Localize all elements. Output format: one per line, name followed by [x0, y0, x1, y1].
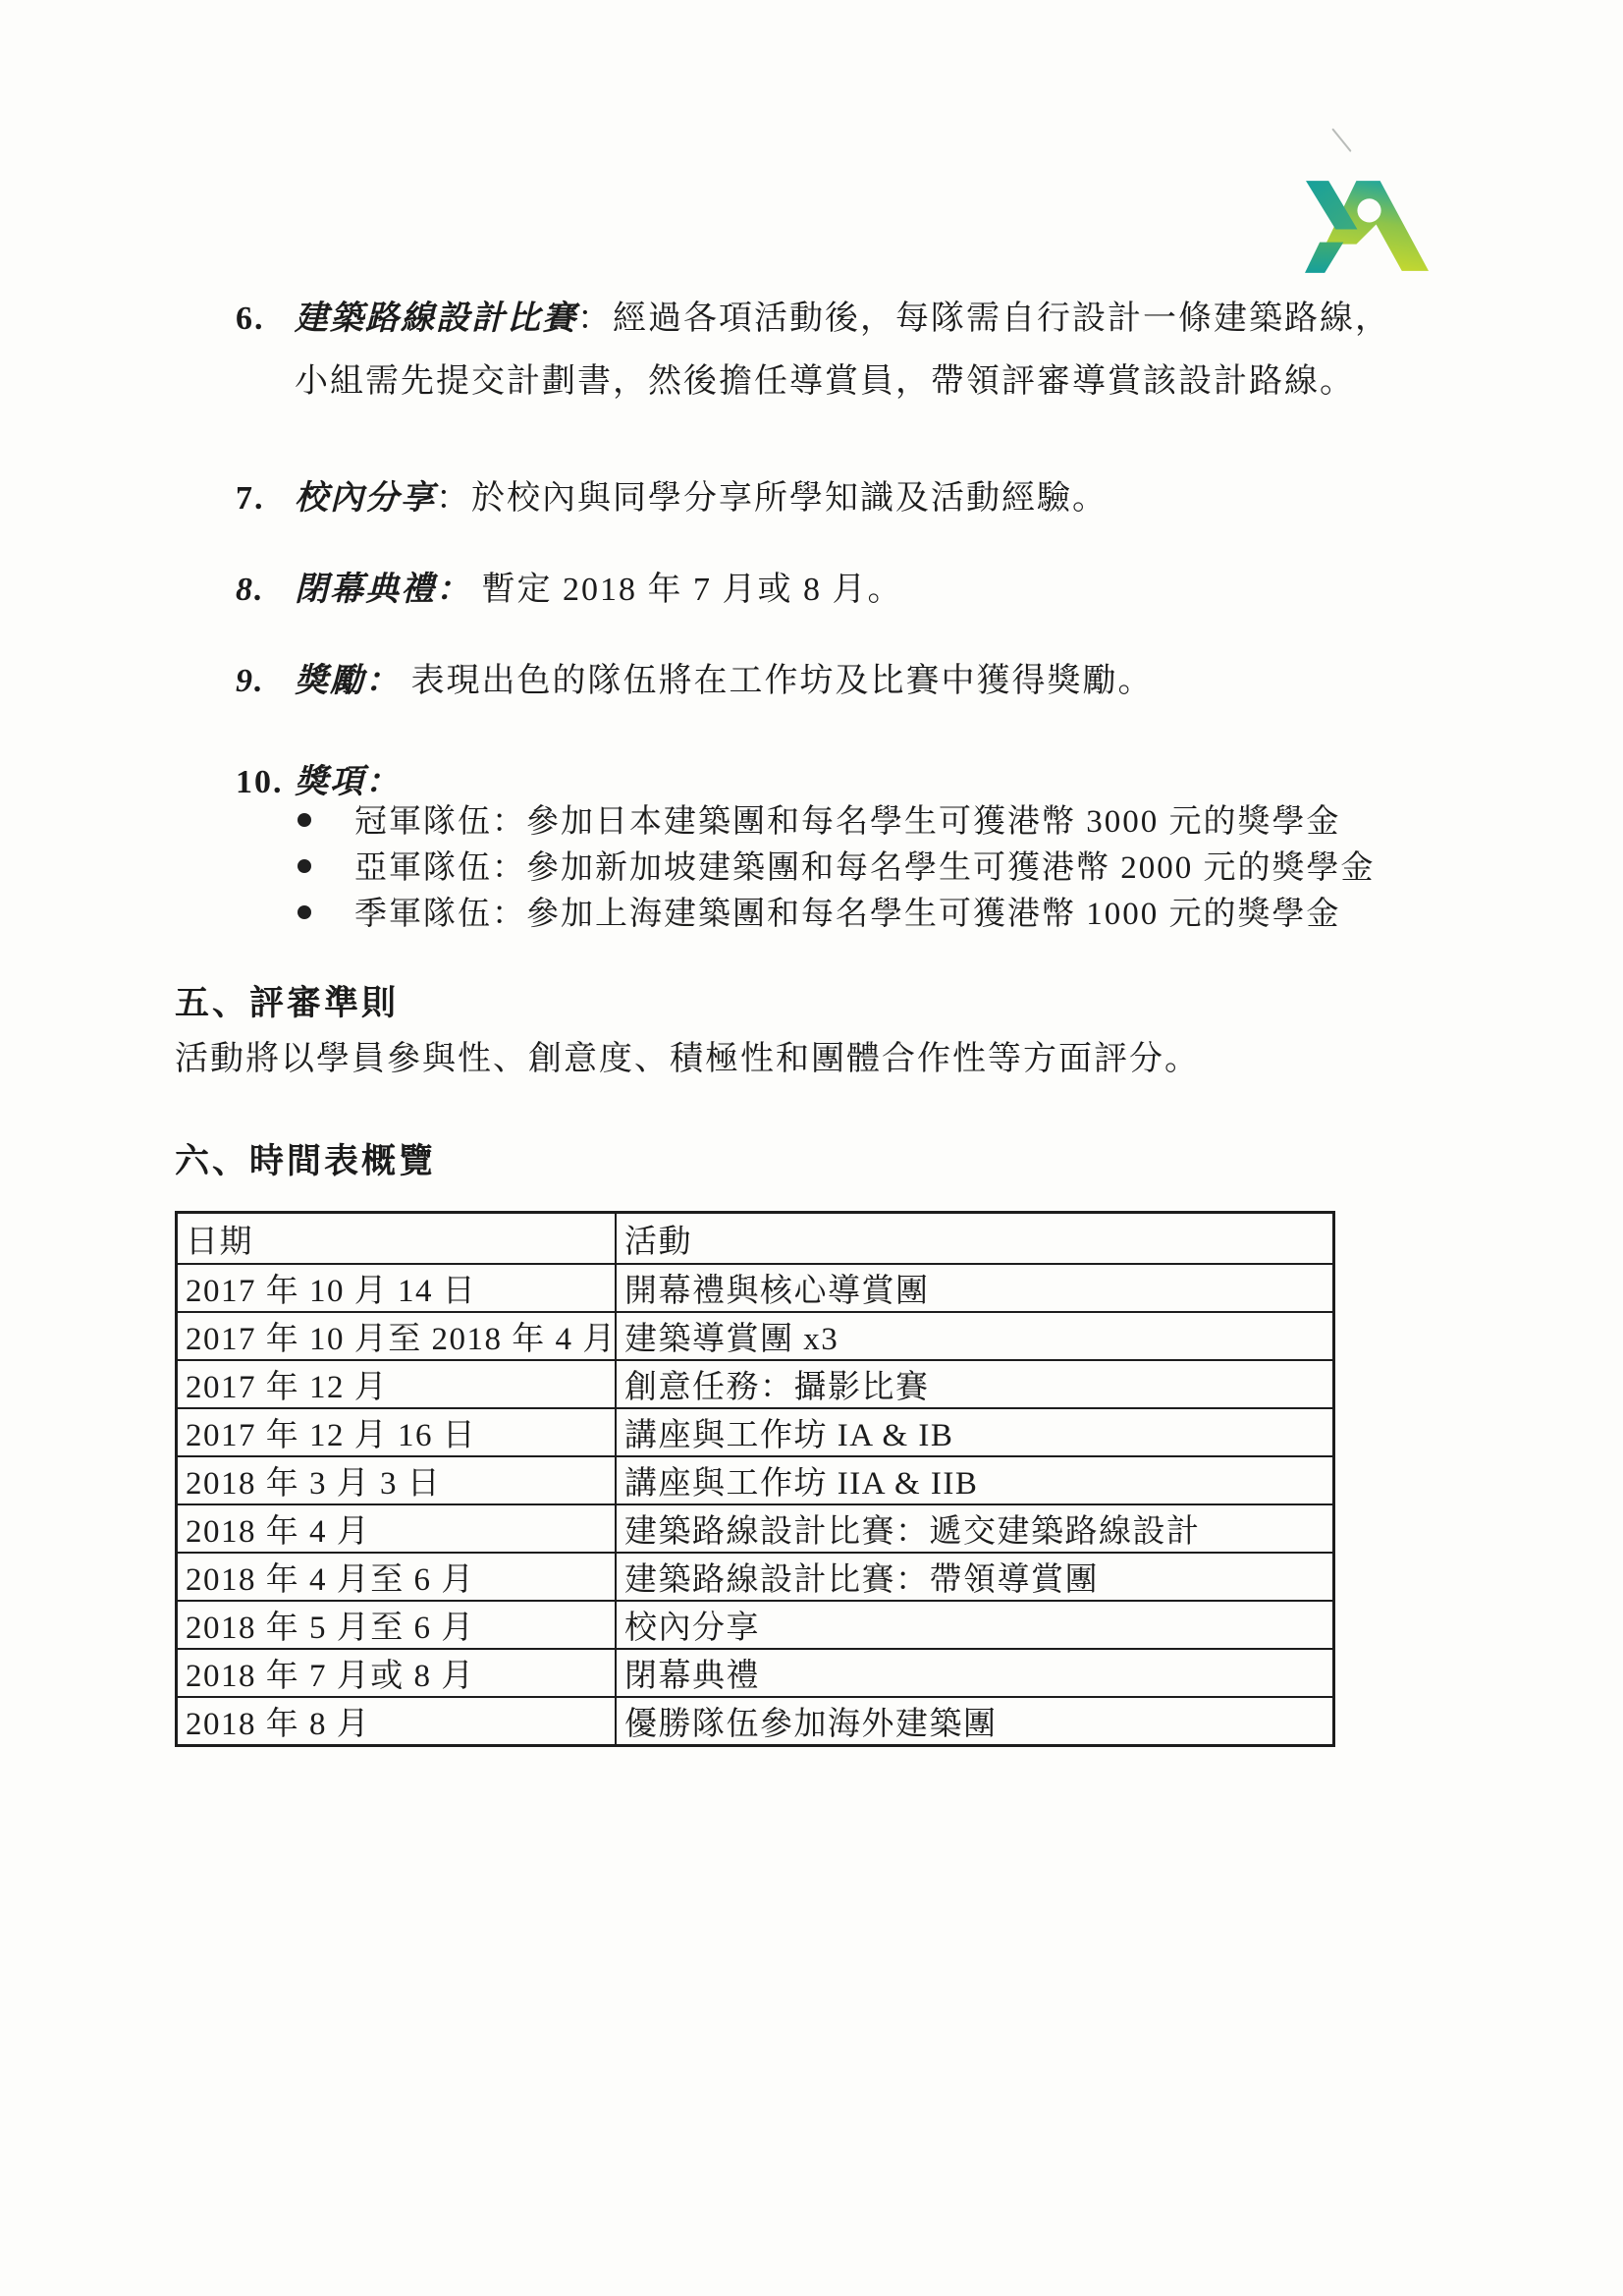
document-page: 6. 建築路線設計比賽：經過各項活動後，每隊需自行設計一條建築路線，小組需先提交…	[0, 0, 1623, 2296]
table-row: 2018 年 4 月 建築路線設計比賽：遞交建築路線設計	[177, 1504, 1334, 1553]
date-cell: 2018 年 4 月	[177, 1504, 617, 1553]
activity-cell: 建築導賞團 x3	[616, 1312, 1334, 1360]
item-text: 校內分享：於校內與同學分享所學知識及活動經驗。	[295, 467, 1551, 530]
date-cell: 2017 年 10 月 14 日	[177, 1264, 617, 1312]
award-item-first-runner-up: 亞軍隊伍：參加新加坡建築團和每名學生可獲港幣 2000 元的獎學金	[298, 842, 1376, 888]
date-cell: 2018 年 3 月 3 日	[177, 1456, 617, 1504]
activity-cell: 開幕禮與核心導賞團	[616, 1264, 1334, 1312]
bullet-dot-icon	[298, 859, 311, 873]
award-item-champion: 冠軍隊伍：參加日本建築團和每名學生可獲港幣 3000 元的獎學金	[298, 795, 1341, 842]
table-row: 2017 年 10 月 14 日 開幕禮與核心導賞團	[177, 1264, 1334, 1312]
table-header-row: 日期 活動	[177, 1213, 1334, 1265]
activity-column-header: 活動	[616, 1213, 1334, 1265]
section-five-heading: 五、評審準則	[175, 976, 399, 1025]
table-row: 2018 年 4 月至 6 月 建築路線設計比賽：帶領導賞團	[177, 1553, 1334, 1601]
item-number: 10.	[236, 751, 284, 814]
timetable: 日期 活動 2017 年 10 月 14 日 開幕禮與核心導賞團 2017 年 …	[175, 1211, 1335, 1747]
item-number: 7.	[236, 467, 265, 530]
item-number: 9.	[236, 650, 265, 713]
item-title: 建築路線設計比賽	[295, 301, 577, 337]
table-row: 2018 年 5 月至 6 月 校內分享	[177, 1601, 1334, 1649]
item-title: 閉幕典禮：	[295, 572, 471, 608]
bullet-dot-icon	[298, 813, 311, 827]
bullet-dot-icon	[298, 905, 311, 919]
award-text: 冠軍隊伍：參加日本建築團和每名學生可獲港幣 3000 元的獎學金	[354, 804, 1341, 840]
date-column-header: 日期	[177, 1213, 617, 1265]
item-text: 建築路線設計比賽：經過各項活動後，每隊需自行設計一條建築路線，小組需先提交計劃書…	[295, 288, 1404, 413]
date-cell: 2018 年 7 月或 8 月	[177, 1649, 617, 1697]
ya-logo-graphic	[1303, 180, 1429, 274]
table-row: 2017 年 10 月至 2018 年 4 月 建築導賞團 x3	[177, 1312, 1334, 1360]
table-row: 2018 年 7 月或 8 月 閉幕典禮	[177, 1649, 1334, 1697]
activity-cell: 建築路線設計比賽：帶領導賞團	[616, 1553, 1334, 1601]
table-row: 2017 年 12 月 16 日 講座與工作坊 IA & IB	[177, 1408, 1334, 1456]
date-cell: 2017 年 12 月	[177, 1360, 617, 1408]
date-cell: 2017 年 12 月 16 日	[177, 1408, 617, 1456]
table-row: 2017 年 12 月 創意任務：攝影比賽	[177, 1360, 1334, 1408]
activity-cell: 優勝隊伍參加海外建築團	[616, 1697, 1334, 1746]
table-row: 2018 年 8 月 優勝隊伍參加海外建築團	[177, 1697, 1334, 1746]
item-body: 暫定 2018 年 7 月或 8 月。	[471, 572, 903, 608]
logo-counter-hole	[1357, 198, 1380, 222]
item-title: 校內分享	[295, 480, 436, 517]
activity-cell: 閉幕典禮	[616, 1649, 1334, 1697]
item-number: 8.	[236, 559, 265, 622]
section-five-body: 活動將以學員參與性、創意度、積極性和團體合作性等方面評分。	[175, 1031, 1200, 1079]
activity-cell: 建築路線設計比賽：遞交建築路線設計	[616, 1504, 1334, 1553]
date-cell: 2018 年 5 月至 6 月	[177, 1601, 617, 1649]
item-title: 獎勵：	[295, 663, 401, 699]
logo-letter-y-tail	[1305, 243, 1343, 273]
activity-cell: 講座與工作坊 IA & IB	[616, 1408, 1334, 1456]
table-row: 2018 年 3 月 3 日 講座與工作坊 IIA & IIB	[177, 1456, 1334, 1504]
award-item-second-runner-up: 季軍隊伍：參加上海建築團和每名學生可獲港幣 1000 元的獎學金	[298, 888, 1341, 934]
activity-cell: 創意任務：攝影比賽	[616, 1360, 1334, 1408]
item-body: 表現出色的隊伍將在工作坊及比賽中獲得獎勵。	[401, 663, 1154, 699]
section-six-heading: 六、時間表概覽	[175, 1134, 436, 1183]
date-cell: 2018 年 8 月	[177, 1697, 617, 1746]
item-number: 6.	[236, 288, 265, 351]
scan-artifact-line	[1331, 128, 1351, 152]
activity-cell: 講座與工作坊 IIA & IIB	[616, 1456, 1334, 1504]
date-cell: 2018 年 4 月至 6 月	[177, 1553, 617, 1601]
item-body: ：於校內與同學分享所學知識及活動經驗。	[436, 480, 1108, 517]
date-cell: 2017 年 10 月至 2018 年 4 月	[177, 1312, 617, 1360]
ya-logo	[1303, 180, 1429, 274]
item-text: 閉幕典禮： 暫定 2018 年 7 月或 8 月。	[295, 559, 1551, 622]
item-text: 獎勵： 表現出色的隊伍將在工作坊及比賽中獲得獎勵。	[295, 650, 1551, 713]
award-text: 季軍隊伍：參加上海建築團和每名學生可獲港幣 1000 元的獎學金	[354, 897, 1341, 932]
activity-cell: 校內分享	[616, 1601, 1334, 1649]
award-text: 亞軍隊伍：參加新加坡建築團和每名學生可獲港幣 2000 元的獎學金	[354, 850, 1376, 886]
